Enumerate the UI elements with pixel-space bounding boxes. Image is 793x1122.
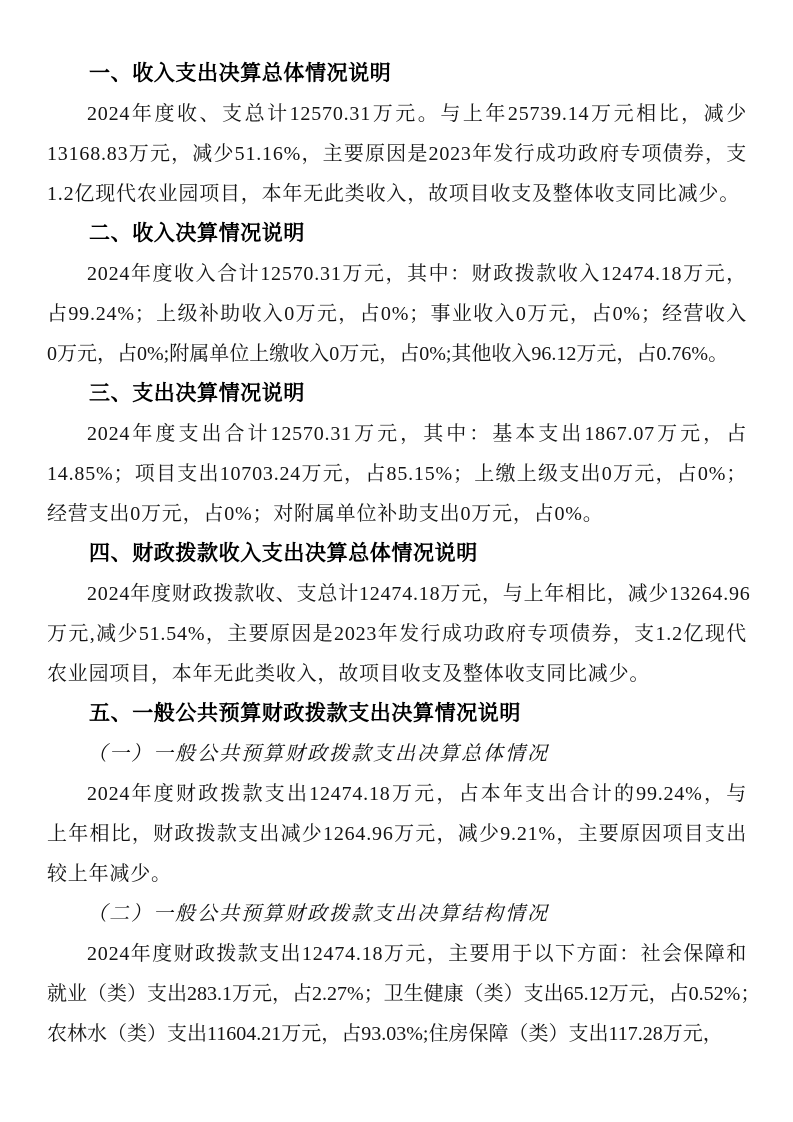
section-heading: 二、收入决算情况说明	[47, 214, 747, 254]
section-general-public-budget-expenditure: 五、一般公共预算财政拨款支出决算情况说明 （一）一般公共预算财政拨款支出决算总体…	[47, 694, 747, 1054]
subsection-heading: （二）一般公共预算财政拨款支出决算结构情况	[47, 894, 747, 934]
section-income-expenditure-overview: 一、收入支出决算总体情况说明 2024年度收、支总计12570.31万元。与上年…	[47, 54, 747, 214]
paragraph-line: 13168.83万元，减少51.16%，主要原因是2023年发行成功政府专项债券…	[47, 134, 747, 174]
paragraph-line: 2024年度收入合计12570.31万元，其中：财政拨款收入12474.18万元…	[47, 254, 747, 294]
paragraph-line: 万元,减少51.54%，主要原因是2023年发行成功政府专项债券，支1.2亿现代	[47, 614, 747, 654]
subsection-heading: （一）一般公共预算财政拨款支出决算总体情况	[47, 734, 747, 774]
paragraph-line: 2024年度财政拨款支出12474.18万元，主要用于以下方面：社会保障和	[47, 934, 747, 974]
paragraph-line: 2024年度支出合计12570.31万元，其中：基本支出1867.07万元，占	[47, 414, 747, 454]
subsection-overall-situation: （一）一般公共预算财政拨款支出决算总体情况 2024年度财政拨款支出12474.…	[47, 734, 747, 894]
paragraph-line: 经营支出0万元，占0%；对附属单位补助支出0万元，占0%。	[47, 494, 747, 534]
section-expenditure-final-accounts: 三、支出决算情况说明 2024年度支出合计12570.31万元，其中：基本支出1…	[47, 374, 747, 534]
paragraph-line: 2024年度收、支总计12570.31万元。与上年25739.14万元相比，减少	[47, 94, 747, 134]
subsection-structure-situation: （二）一般公共预算财政拨款支出决算结构情况 2024年度财政拨款支出12474.…	[47, 894, 747, 1054]
paragraph-line: 2024年度财政拨款收、支总计12474.18万元，与上年相比，减少13264.…	[47, 574, 747, 614]
section-income-final-accounts: 二、收入决算情况说明 2024年度收入合计12570.31万元，其中：财政拨款收…	[47, 214, 747, 374]
paragraph-line: 0万元，占0%;附属单位上缴收入0万元，占0%;其他收入96.12万元，占0.7…	[47, 334, 747, 374]
section-heading: 一、收入支出决算总体情况说明	[47, 54, 747, 94]
paragraph-line: 2024年度财政拨款支出12474.18万元，占本年支出合计的99.24%，与	[47, 774, 747, 814]
paragraph-line: 14.85%；项目支出10703.24万元，占85.15%；上缴上级支出0万元，…	[47, 454, 747, 494]
section-heading: 四、财政拨款收入支出决算总体情况说明	[47, 534, 747, 574]
section-fiscal-appropriation-overview: 四、财政拨款收入支出决算总体情况说明 2024年度财政拨款收、支总计12474.…	[47, 534, 747, 694]
paragraph-line: 1.2亿现代农业园项目，本年无此类收入，故项目收支及整体收支同比减少。	[47, 174, 747, 214]
paragraph-line: 农业园项目，本年无此类收入，故项目收支及整体收支同比减少。	[47, 654, 747, 694]
paragraph-line: 农林水（类）支出11604.21万元，占93.03%;住房保障（类）支出117.…	[47, 1014, 747, 1054]
paragraph-line: 上年相比，财政拨款支出减少1264.96万元，减少9.21%，主要原因项目支出	[47, 814, 747, 854]
document-text-block: 一、收入支出决算总体情况说明 2024年度收、支总计12570.31万元。与上年…	[47, 54, 747, 1054]
section-heading: 三、支出决算情况说明	[47, 374, 747, 414]
section-heading: 五、一般公共预算财政拨款支出决算情况说明	[47, 694, 747, 734]
document-page: 一、收入支出决算总体情况说明 2024年度收、支总计12570.31万元。与上年…	[0, 0, 793, 1122]
paragraph-line: 占99.24%；上级补助收入0万元，占0%；事业收入0万元，占0%；经营收入	[47, 294, 747, 334]
paragraph-line: 就业（类）支出283.1万元，占2.27%；卫生健康（类）支出65.12万元，占…	[47, 974, 747, 1014]
paragraph-line: 较上年减少。	[47, 854, 747, 894]
